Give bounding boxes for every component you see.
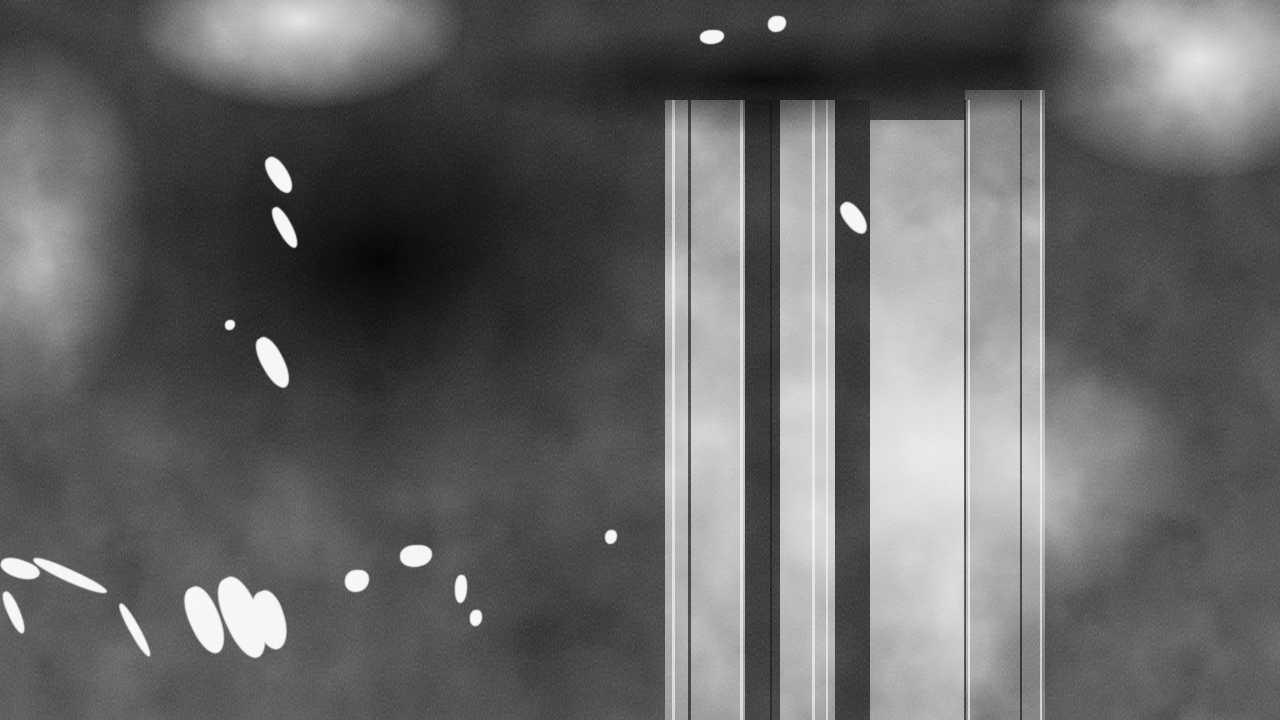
grain-overlay bbox=[0, 0, 1280, 720]
grunge-texture-canvas: Monochrome distressed grunge texture wit… bbox=[0, 0, 1280, 720]
